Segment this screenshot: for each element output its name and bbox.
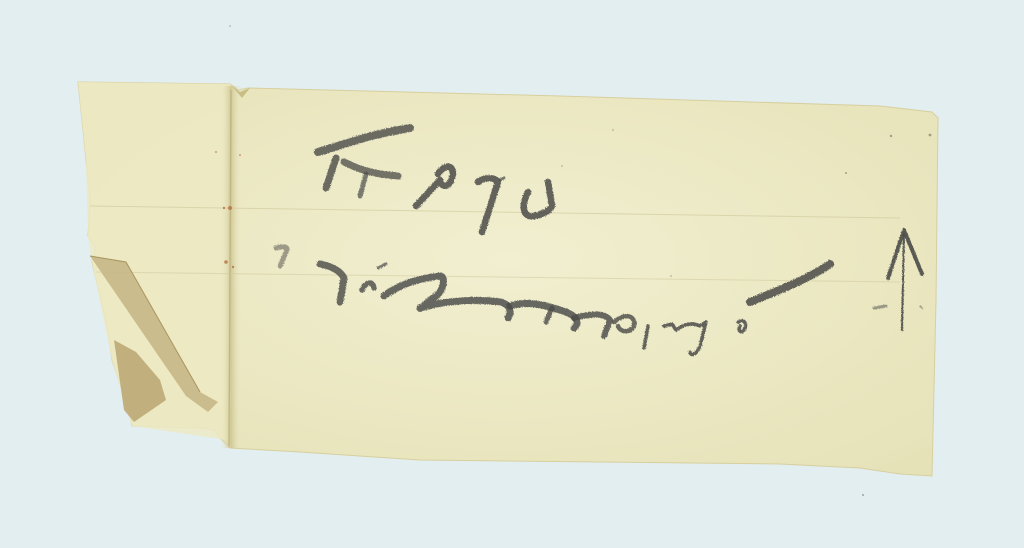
scanned-note xyxy=(0,0,1024,548)
